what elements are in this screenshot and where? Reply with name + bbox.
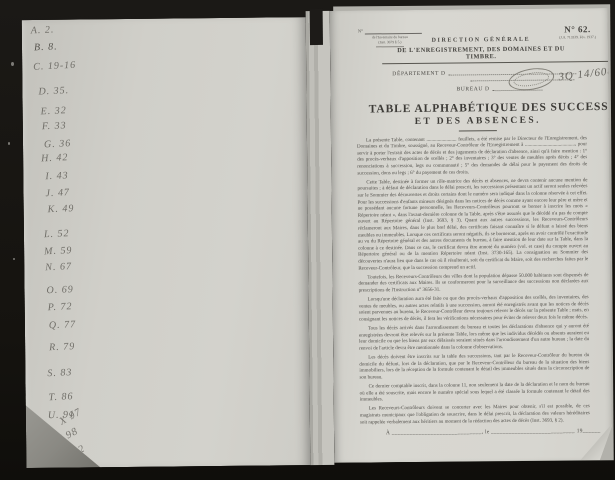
paragraph: Cette Table, destinée à former un rôle-m… (357, 178, 588, 273)
archive-photo: { "index": { "entries": ["A. 2.", "B. 8.… (0, 0, 615, 480)
title-line-2: ET DES ABSENCES. (369, 115, 587, 127)
dust-speck (13, 258, 15, 260)
paragraph: Ce dernier comptable inscrit, dans la co… (360, 382, 590, 404)
enregistrement-line: DE L'ENREGISTREMENT, DES DOMAINES ET DU … (382, 45, 580, 61)
index-entry: L. 52 (44, 228, 70, 240)
index-entry: I. 43 (45, 170, 69, 182)
index-entry: B. 8. (34, 41, 58, 53)
date-signature-line: À ______________________________, le ___… (386, 428, 594, 436)
index-entry: G. 36 (44, 138, 72, 150)
dust-speck (8, 142, 10, 145)
index-entry: F. 33 (42, 120, 67, 132)
form-title: TABLE ALPHABÉTIQUE DES SUCCESSIONS ET DE… (369, 101, 587, 132)
index-entry: S. 83 (47, 367, 72, 379)
form-number: N° 62. (559, 24, 596, 34)
index-entry: E. 32 (40, 105, 67, 117)
paragraph: Les décès doivent être inscrits sur la t… (359, 353, 589, 382)
form-reference: (J.A. 713339. Fév. 1937.) (559, 35, 596, 39)
index-entry: T. 86 (48, 391, 73, 403)
index-entry: O. 69 (46, 284, 74, 296)
bureau-label: BUREAU D (456, 86, 489, 92)
paragraph: Les Receveurs-Contrôleurs doivent se con… (360, 405, 590, 427)
inventory-no-label: N° (358, 29, 363, 36)
departement-label: DÉPARTEMENT D (392, 70, 445, 77)
title-rule (459, 130, 497, 132)
form-number-block: N° 62. (J.A. 713339. Fév. 1937.) (559, 24, 596, 39)
paragraph: La présente Table, contenant ...........… (357, 136, 587, 178)
inventory-line3: (Inst. 3679 § 5.) (376, 40, 403, 47)
paragraph: Tous les décès arrivés dans l'arrondisse… (359, 324, 589, 353)
index-entry: C. 19-16 (33, 60, 76, 73)
printed-form-page: N° de l'Inventaire du bureau (Inst. 3679… (330, 8, 613, 463)
index-entry: J. 47 (45, 187, 70, 199)
title-line-1: TABLE ALPHABÉTIQUE DES SUCCESSIONS (369, 101, 587, 115)
index-entry: A. 2. (31, 24, 55, 36)
inventory-number-block: N° de l'Inventaire du bureau (Inst. 3679… (358, 28, 422, 48)
index-entry: M. 59 (44, 245, 73, 257)
spine-gap (310, 9, 323, 45)
index-entry: Q. 77 (49, 319, 77, 331)
paragraph: Toutefois, les Receveurs-Contrôleurs des… (358, 273, 588, 295)
stamp-inner-ring (513, 70, 551, 89)
left-index-page: A. 2. B. 8. C. 19-16 D. 35. E. 32 F. 33 … (22, 17, 311, 468)
archive-cote-handwritten: 3Q 14/608 (558, 65, 615, 83)
index-entry: P. 72 (47, 301, 72, 313)
index-entry: H. 42 (41, 152, 69, 164)
index-entry: R. 79 (49, 341, 76, 353)
book-spine-fold (306, 11, 335, 465)
index-entry: N. 67 (45, 261, 72, 273)
dust-speck (11, 62, 14, 66)
index-entry: D. 35. (38, 85, 69, 97)
instructions-text: La présente Table, contenant ...........… (357, 136, 590, 427)
paragraph: Lorsqu'une déclaration aura été faite ou… (359, 295, 589, 324)
register-book: A. 2. B. 8. C. 19-16 D. 35. E. 32 F. 33 … (22, 6, 613, 470)
form-content: N° de l'Inventaire du bureau (Inst. 3679… (330, 8, 613, 463)
index-entry: K. 49 (47, 203, 74, 215)
